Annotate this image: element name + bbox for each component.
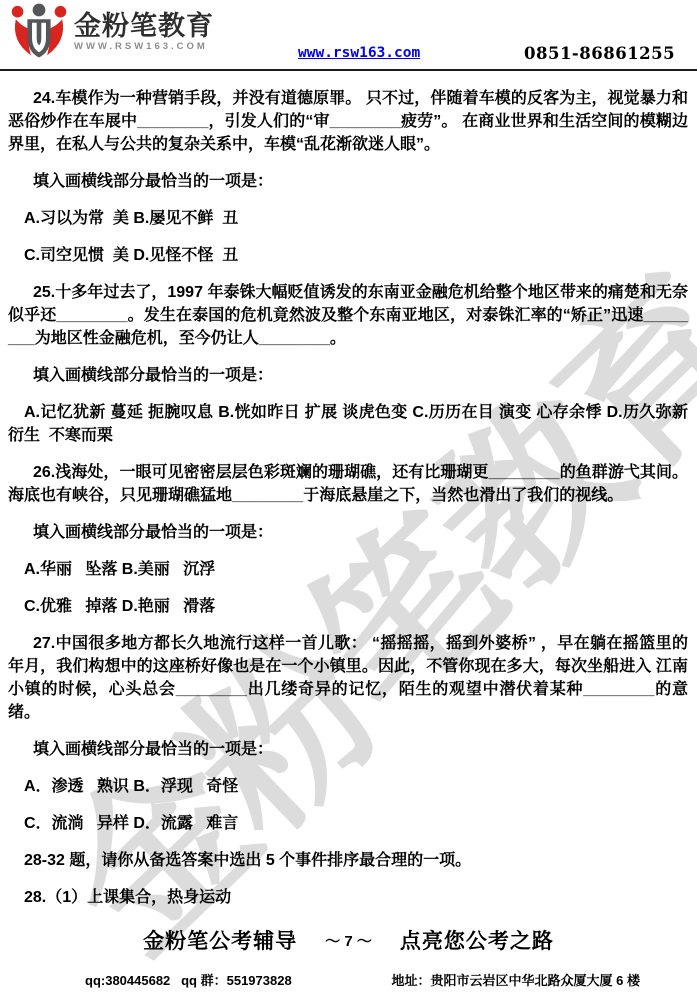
question-26-prompt: 填入画横线部分最恰当的一项是： (8, 521, 688, 544)
brand-logo-icon (10, 3, 68, 61)
question-27-prompt: 填入画横线部分最恰当的一项是： (8, 738, 688, 761)
footer-slogan-row: 金粉笔公考辅导 ～ 7 ～ 点亮您公考之路 (0, 925, 697, 955)
question-28-event-1: 28.（1）上课集合，热身运动 (8, 886, 688, 909)
question-24-stem: 24.车模作为一种营销手段，并没有道德原罪。 只不过，伴随着车模的反客为主，视觉… (8, 87, 688, 156)
footer-info-row: qq:380445682 qq 群：551973828 地址：贵阳市云岩区中华北… (0, 970, 697, 989)
question-24-options-cd: C.司空见惯 美 D.见怪不怪 丑 (8, 244, 688, 267)
question-27-stem: 27.中国很多地方都长久地流行这样一首儿歌： “摇摇摇，摇到外婆桥” ，早在躺在… (8, 632, 688, 724)
brand-site-url: WWW.RSW163.COM (74, 41, 214, 53)
footer-qq-contacts: qq:380445682 qq 群：551973828 (85, 970, 292, 989)
document-page: 金粉笔教育 金粉笔教育 WWW.RSW163.COM www.rsw163.co… (0, 0, 697, 1008)
question-26-stem: 26.浅海处，一眼可见密密层层色彩斑斓的珊瑚礁，还有比珊瑚更________的鱼… (8, 461, 688, 507)
website-link[interactable]: www.rsw163.com (298, 45, 420, 61)
brand-name: 金粉笔教育 (74, 11, 214, 41)
question-26-options-ab: A.华丽 坠落 B.美丽 沉浮 (8, 558, 688, 581)
question-27-options-ab: A．渗透 熟识 B．浮现 奇怪 (8, 775, 688, 798)
question-24-options-ab: A.习以为常 美 B.屡见不鲜 丑 (8, 207, 688, 230)
phone-number: 0851-86861255 (524, 44, 675, 63)
page-header: 金粉笔教育 WWW.RSW163.COM www.rsw163.com 0851… (0, 0, 697, 71)
question-25-prompt: 填入画横线部分最恰当的一项是： (8, 364, 688, 387)
question-content: 24.车模作为一种营销手段，并没有道德原罪。 只不过，伴随着车模的反客为主，视觉… (8, 82, 688, 923)
question-24-prompt: 填入画横线部分最恰当的一项是： (8, 170, 688, 193)
question-27-options-cd: C．流淌 异样 D．流露 难言 (8, 812, 688, 835)
page-number: ～ 7 ～ (325, 930, 372, 951)
brand-text-block: 金粉笔教育 WWW.RSW163.COM (74, 11, 214, 53)
brand-logo: 金粉笔教育 WWW.RSW163.COM (10, 3, 214, 61)
question-25-options: A.记忆犹新 蔓延 扼腕叹息 B.恍如昨日 扩展 谈虎色变 C.历历在目 演变 … (8, 401, 688, 447)
question-25-stem: 25.十多年过去了，1997 年泰铢大幅贬值诱发的东南亚金融危机给整个地区带来的… (8, 281, 688, 350)
footer-left-slogan: 金粉笔公考辅导 (143, 925, 297, 955)
section-28-32-note: 28-32 题，请你从备选答案中选出 5 个事件排序最合理的一项。 (8, 849, 688, 872)
question-26-options-cd: C.优雅 掉落 D.艳丽 滑落 (8, 595, 688, 618)
footer-address: 地址：贵阳市云岩区中华北路众厦大厦 6 楼 (392, 970, 640, 989)
footer-right-slogan: 点亮您公考之路 (400, 925, 554, 955)
